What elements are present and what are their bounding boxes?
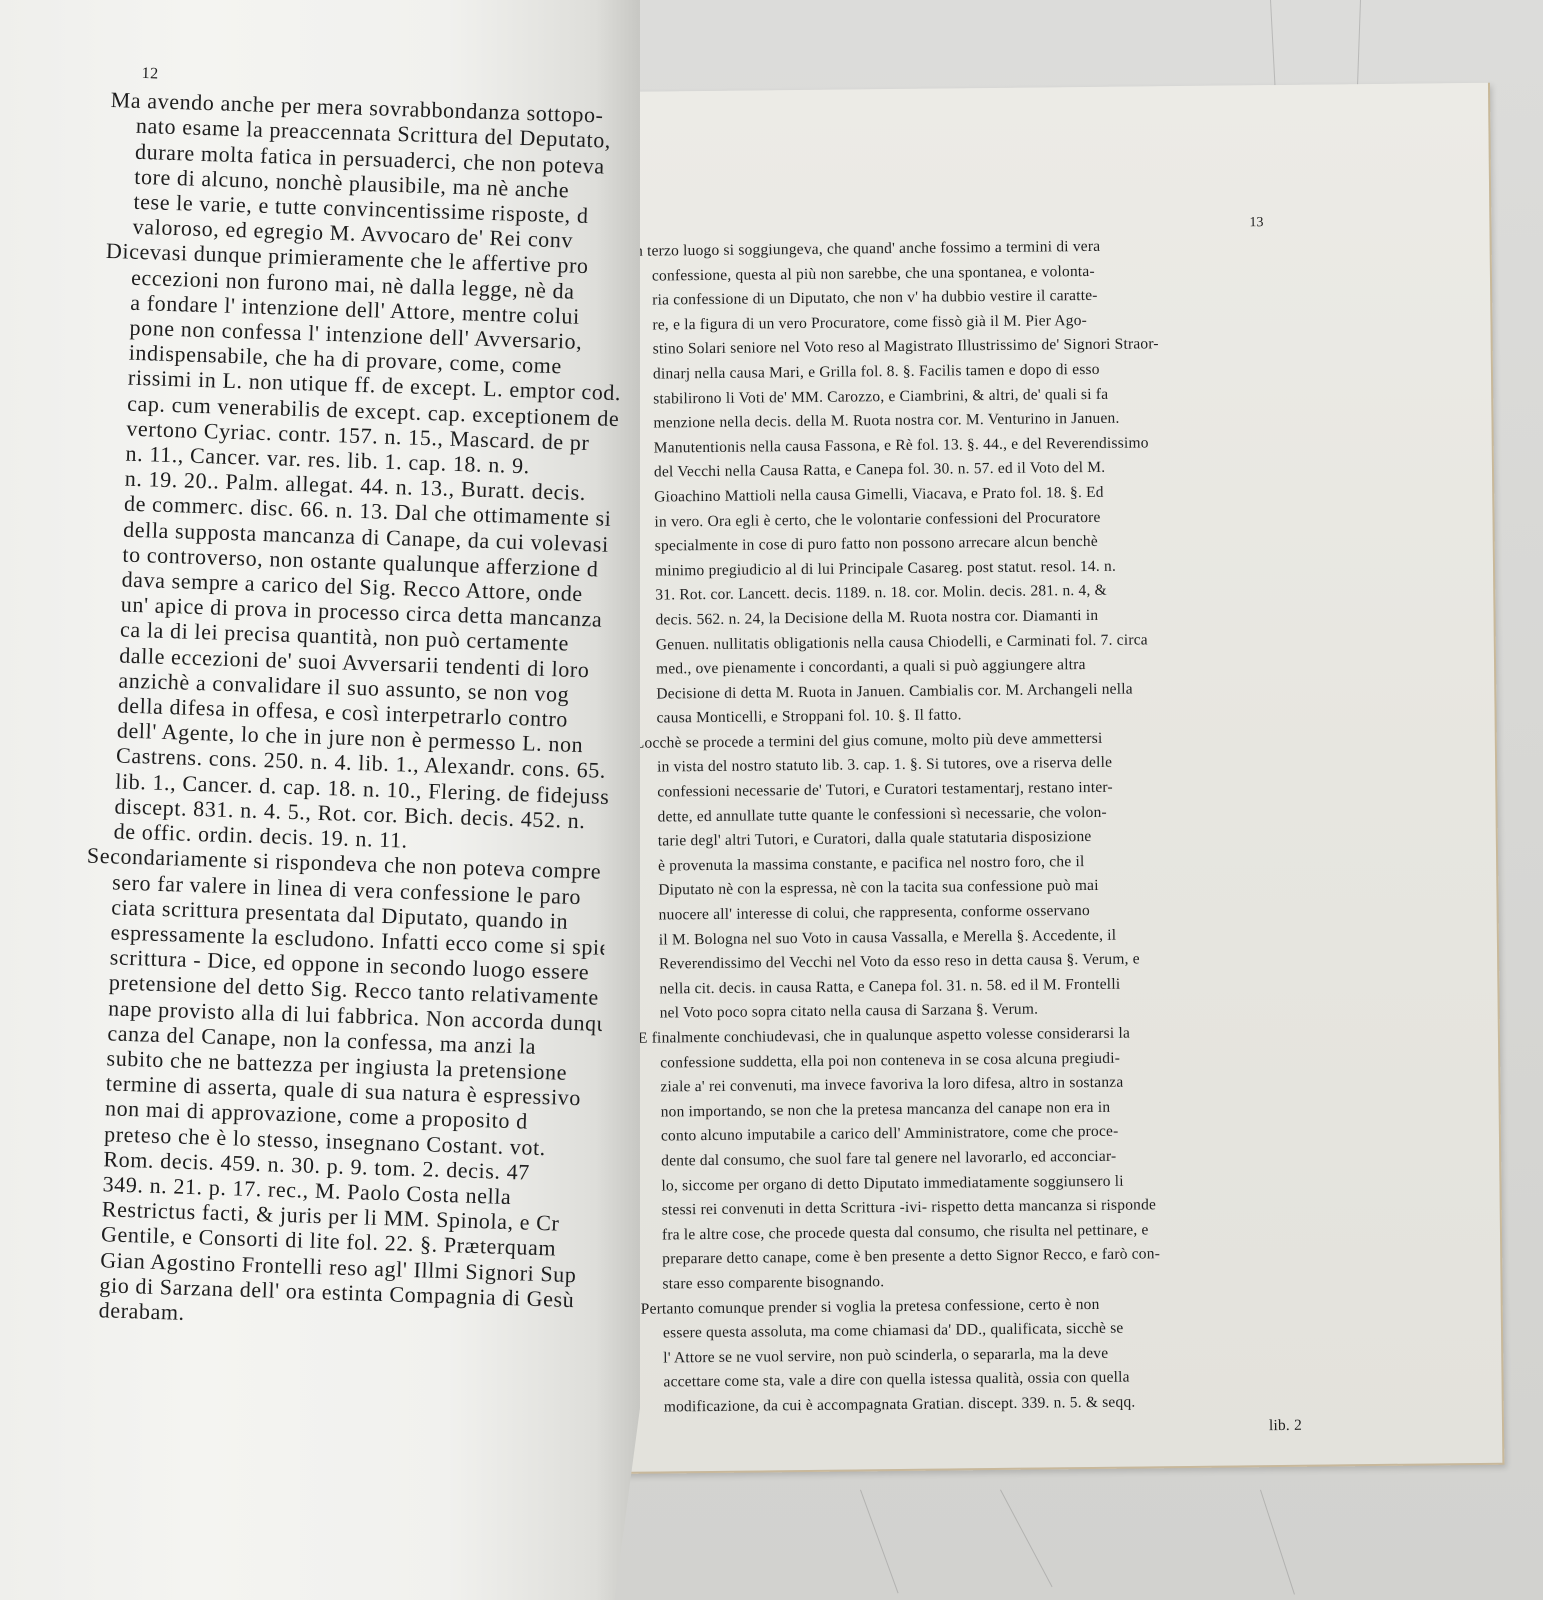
page-number: 13	[1249, 215, 1263, 231]
left-page-text: 12 Ma avendo anche per mera sovrabbondan…	[72, 60, 631, 1338]
right-page-text: In terzo luogo si soggiungeva, che quand…	[630, 233, 1303, 1445]
right-page: 13 In terzo luogo si soggiungeva, che qu…	[608, 83, 1504, 1474]
left-page: 12 Ma avendo anche per mera sovrabbondan…	[0, 0, 640, 1600]
